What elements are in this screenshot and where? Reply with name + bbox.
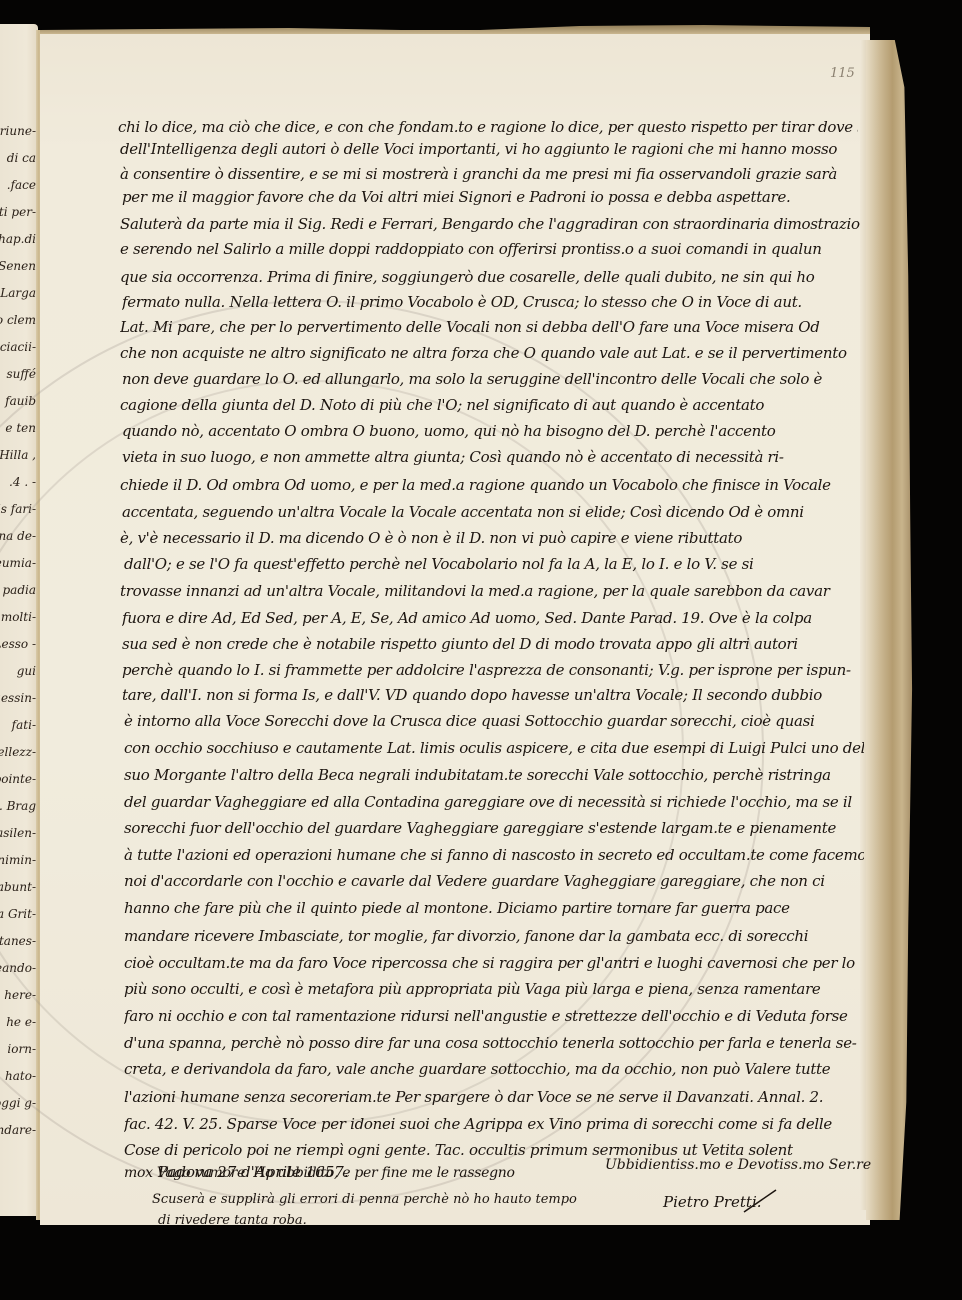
manuscript-line: fac. 42. V. 25. Sparse Voce per idonei s… bbox=[124, 1115, 864, 1133]
manuscript-line: Saluterà da parte mia il Sig. Redi e Fer… bbox=[120, 215, 860, 233]
manuscript-line: trovasse innanzi ad un'altra Vocale, mil… bbox=[120, 582, 860, 600]
manuscript-line: que sia occorrenza. Prima di finire, sog… bbox=[120, 268, 860, 286]
manuscript-line: è intorno alla Voce Sorecchi dove la Cru… bbox=[124, 712, 864, 730]
signature-flourish bbox=[740, 1186, 780, 1216]
manuscript-line: per me il maggior favore che da Voi altr… bbox=[122, 188, 862, 206]
manuscript-line: chi lo dice, ma ciò che dice, e con che … bbox=[118, 118, 858, 136]
manuscript-line: chiede il D. Od ombra Od uomo, e per la … bbox=[120, 476, 860, 494]
manuscript-line: dall'O; e se l'O fa quest'effetto perchè… bbox=[124, 555, 864, 573]
manuscript-line: l'azioni humane senza secoreriam.te Per … bbox=[124, 1088, 864, 1106]
manuscript-line: à tutte l'azioni ed operazioni humane ch… bbox=[124, 846, 864, 864]
manuscript-line: faro ni occhio e con tal ramentazione ri… bbox=[124, 1007, 864, 1025]
manuscript-line: sua sed è non crede che è notabile rispe… bbox=[122, 635, 862, 653]
manuscript-line: fermato nulla. Nella lettera O. il primo… bbox=[122, 293, 862, 311]
manuscript-line: d'una spanna, perchè nò posso dire far u… bbox=[124, 1034, 864, 1052]
letter-body: chi lo dice, ma ciò che dice, e con che … bbox=[0, 0, 962, 1300]
manuscript-line: quando nò, accentato O ombra O buono, uo… bbox=[122, 422, 862, 440]
manuscript-line: Lat. Mi pare, che per lo pervertimento d… bbox=[120, 318, 860, 336]
postscript-line-2: di rivedere tanta roba. bbox=[158, 1213, 307, 1228]
place-date: Padova 27 d'Aprile 1657. bbox=[158, 1163, 349, 1181]
manuscript-line: à consentire ò dissentire, e se mi si mo… bbox=[120, 165, 860, 183]
manuscript-line: suo Morgante l'altro della Beca negrali … bbox=[124, 766, 864, 784]
manuscript-line: più sono occulti, e così è metafora più … bbox=[124, 980, 864, 998]
manuscript-line: tare, dall'I. non si forma Is, e dall'V.… bbox=[122, 686, 862, 704]
manuscript-line: accentata, seguendo un'altra Vocale la V… bbox=[122, 503, 862, 521]
manuscript-line: noi d'accordarle con l'occhio e cavarle … bbox=[124, 872, 864, 890]
manuscript-line: è, v'è necessario il D. ma dicendo O è ò… bbox=[120, 529, 860, 547]
manuscript-line: del guardar Vagheggiare ed alla Contadin… bbox=[124, 793, 864, 811]
manuscript-line: fuora e dire Ad, Ed Sed, per A, E, Se, A… bbox=[122, 609, 862, 627]
manuscript-line: hanno che fare più che il quinto piede a… bbox=[124, 899, 864, 917]
manuscript-line: vieta in suo luogo, e non ammette altra … bbox=[122, 448, 862, 466]
manuscript-line: con occhio socchiuso e cautamente Lat. l… bbox=[124, 739, 864, 757]
manuscript-line: sorecchi fuor dell'occhio del guardare V… bbox=[124, 819, 864, 837]
closing-salutation: Ubbidientiss.mo e Devotiss.mo Ser.re bbox=[605, 1157, 871, 1173]
postscript-line-1: Scuserà e supplirà gli errori di penna p… bbox=[152, 1192, 577, 1207]
manuscript-line: mandare ricevere Imbasciate, tor moglie,… bbox=[124, 927, 864, 945]
manuscript-line: e serendo nel Salirlo a mille doppi radd… bbox=[120, 240, 860, 258]
manuscript-line: cagione della giunta del D. Noto di più … bbox=[120, 396, 860, 414]
manuscript-line: che non acquiste ne altro significato ne… bbox=[120, 344, 860, 362]
manuscript-line: non deve guardare lo O. ed allungarlo, m… bbox=[122, 370, 862, 388]
manuscript-line: perchè quando lo I. si frammette per add… bbox=[122, 661, 862, 679]
manuscript-line: cioè occultam.te ma da faro Voce riperco… bbox=[124, 954, 864, 972]
manuscript-line: creta, e derivandola da faro, vale anche… bbox=[124, 1060, 864, 1078]
manuscript-line: dell'Intelligenza degli autori ò delle V… bbox=[120, 140, 860, 158]
